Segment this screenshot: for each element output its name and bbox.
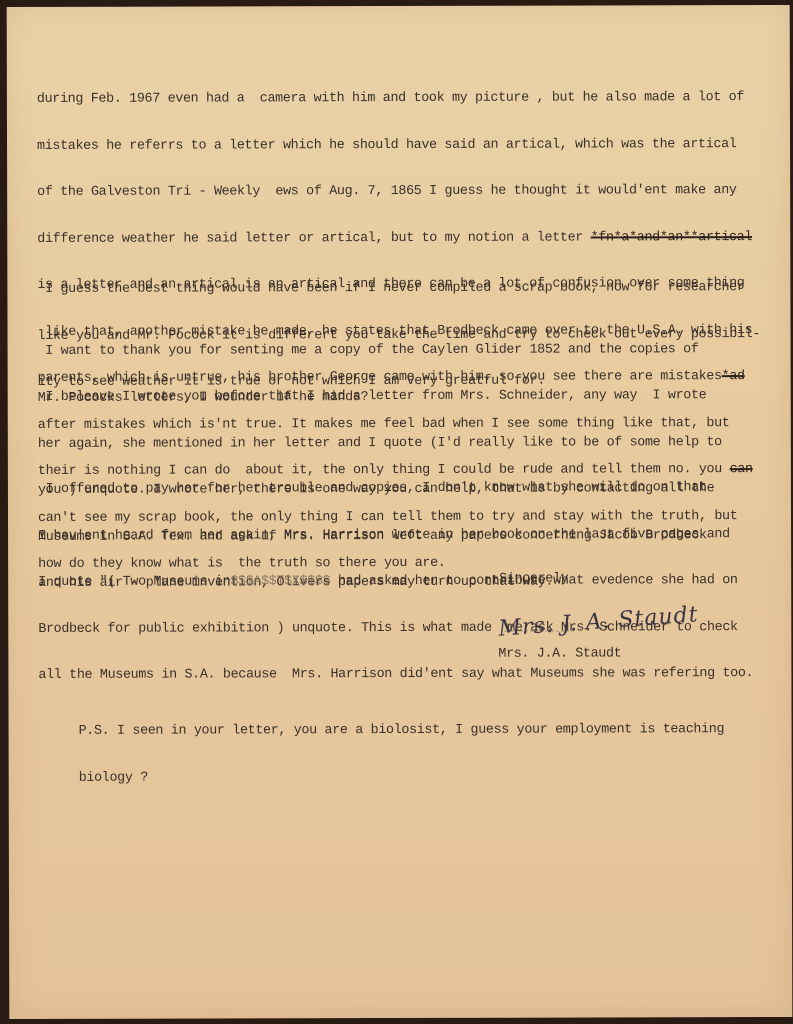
closing-salutation: Sincerely — [499, 572, 568, 588]
text-line: I offered to pay her for her trouble and… — [38, 480, 753, 497]
text-line: I quote "( Two Museums in$S$A$$T$X$$$$ h… — [38, 573, 753, 590]
text-line: P.S. I seen in your letter, you are a bi… — [79, 722, 725, 739]
text-line: I beleave I wrote you before that I had … — [38, 388, 722, 405]
paragraph-5: I offered to pay her for her trouble and… — [38, 449, 753, 714]
smudged-text: $S$A$$T$X$$$$ — [230, 574, 330, 589]
text-line: I guess the best thing would have been i… — [37, 280, 760, 297]
text-line: all the Museums in S.A. because Mrs. Har… — [38, 666, 753, 683]
text-line: biology ? — [79, 769, 725, 786]
text-line: of the Galveston Tri - Weekly ews of Aug… — [37, 183, 752, 200]
text-segment: I quote "( Two Museums in — [38, 574, 230, 590]
struck-out-text: *fn*a*and*an**artical — [591, 230, 752, 245]
text-line: I hav'ent heard from her again, Mrs. Har… — [38, 527, 753, 544]
typed-signature-name: Mrs. J.A. Staudt — [498, 646, 621, 662]
postscript: P.S. I seen in your letter, you are a bi… — [78, 691, 724, 817]
text-line: mistakes he referrs to a letter which he… — [37, 137, 752, 154]
letter-page: during Feb. 1967 even had a camera with … — [7, 5, 793, 1019]
text-segment: difference weather he said letter or art… — [37, 230, 590, 246]
text-line: during Feb. 1967 even had a camera with … — [37, 90, 752, 107]
text-line: difference weather he said letter or art… — [37, 230, 752, 247]
